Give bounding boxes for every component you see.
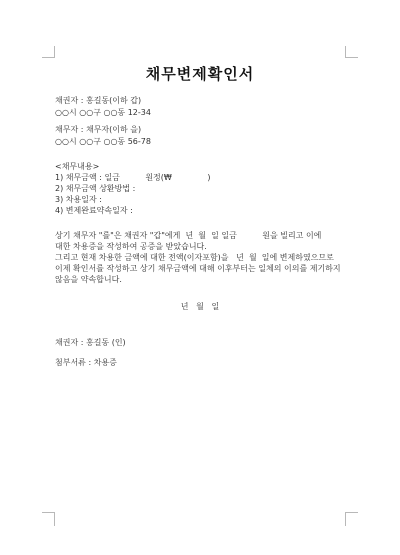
signature-line: 채권자 : 홍길동 (인): [55, 338, 126, 348]
creditor-line: 채권자 : 홍길동(이하 갑): [55, 96, 141, 106]
crop-mark-top-right: [345, 46, 358, 58]
debt-item: 4) 변제완료약속일자 :: [55, 206, 133, 216]
crop-mark-bottom-left: [42, 512, 55, 526]
crop-mark-bottom-right: [345, 512, 358, 526]
document-page: 채무변제확인서 채권자 : 홍길동(이하 갑) ○○시 ○○구 ○○동 12-3…: [0, 0, 400, 555]
debt-item: 1) 채무금액 : 일금 원정(₩ ): [55, 173, 211, 183]
paragraph-line: 상기 채무자 "를"은 채권자 "갑"에게 년 월 일 일금 원을 빌리고 이에: [55, 230, 350, 241]
document-title: 채무변제확인서: [0, 63, 400, 84]
debt-item: 2) 채무금액 상환방법 :: [55, 184, 135, 194]
debtor-address: ○○시 ○○구 ○○동 56-78: [55, 137, 151, 147]
debt-details-heading: <채무내용>: [55, 162, 99, 172]
paragraph-line: 그리고 현재 차용한 금액에 대한 전액(이자포함)을 년 월 일에 변제하였으…: [55, 252, 350, 263]
attachment-line: 첨부서류 : 차용증: [55, 358, 117, 368]
paragraph-line: 않음을 약속합니다.: [55, 274, 350, 285]
body-paragraph: 상기 채무자 "를"은 채권자 "갑"에게 년 월 일 일금 원을 빌리고 이에…: [55, 230, 350, 285]
creditor-address: ○○시 ○○구 ○○동 12-34: [55, 108, 151, 118]
crop-mark-top-left: [42, 46, 55, 58]
debtor-line: 채무자 : 채무자(이하 을): [55, 125, 141, 135]
date-line: 년 월 일: [0, 301, 400, 312]
debt-item: 3) 차용일자 :: [55, 195, 102, 205]
paragraph-line: 대한 차용증을 작성하여 공증을 받았습니다.: [55, 241, 350, 252]
paragraph-line: 이제 확인서를 작성하고 상기 채무금액에 대해 이후부터는 일체의 이의를 제…: [55, 263, 350, 274]
